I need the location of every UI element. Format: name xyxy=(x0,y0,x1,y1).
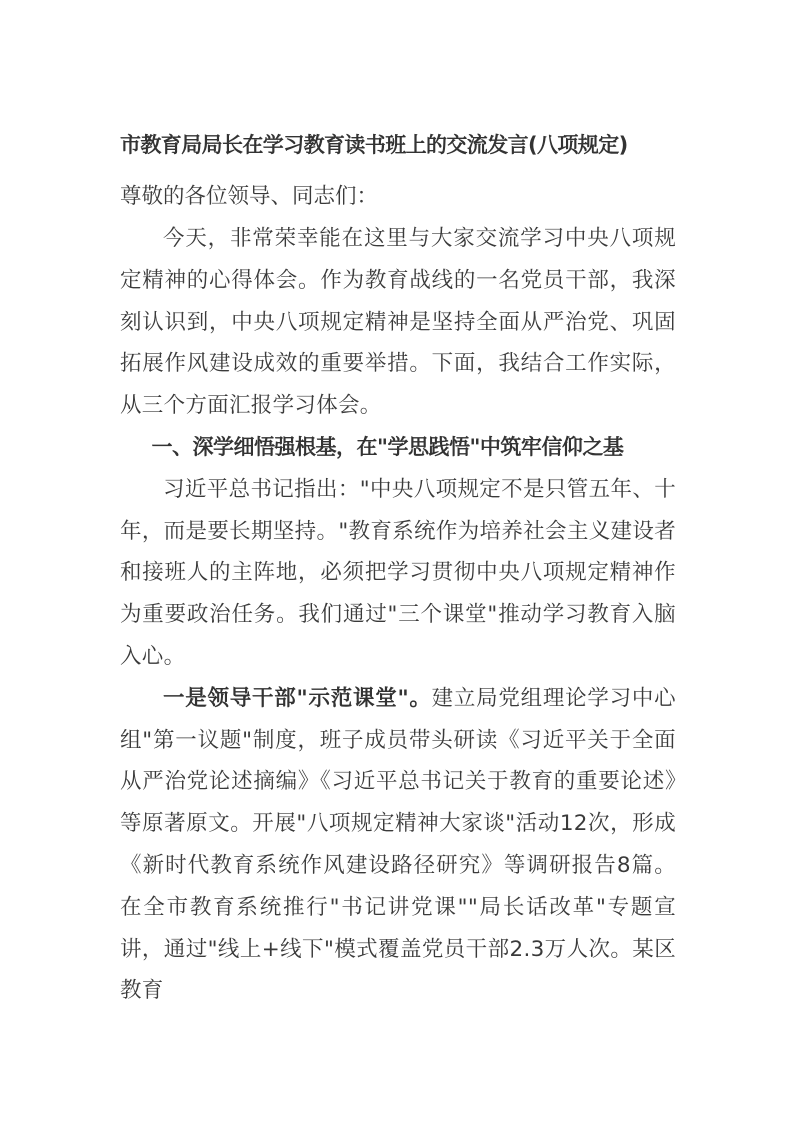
document-title: 市教育局局长在学习教育读书班上的交流发言(八项规定) xyxy=(120,124,676,166)
item-lead-text: 一是领导干部"示范课堂"。 xyxy=(163,686,432,711)
section-1-intro-paragraph: 习近平总书记指出："中央八项规定不是只管五年、十年，而是要长期坚持。"教育系统作… xyxy=(120,469,676,678)
item-body-text: 建立局党组理论学习中心组"第一议题"制度，班子成员带头研读《习近平关于全面从严治… xyxy=(120,686,676,1004)
section-1-item-1-paragraph: 一是领导干部"示范课堂"。建立局党组理论学习中心组"第一议题"制度，班子成员带头… xyxy=(120,678,676,1012)
section-heading-1: 一、深学细悟强根基，在"学思践悟"中筑牢信仰之基 xyxy=(120,427,676,469)
opening-paragraph: 今天，非常荣幸能在这里与大家交流学习中央八项规定精神的心得体会。作为教育战线的一… xyxy=(120,218,676,427)
salutation: 尊敬的各位领导、同志们： xyxy=(120,176,676,218)
document-page: 市教育局局长在学习教育读书班上的交流发言(八项规定) 尊敬的各位领导、同志们： … xyxy=(120,124,676,1012)
